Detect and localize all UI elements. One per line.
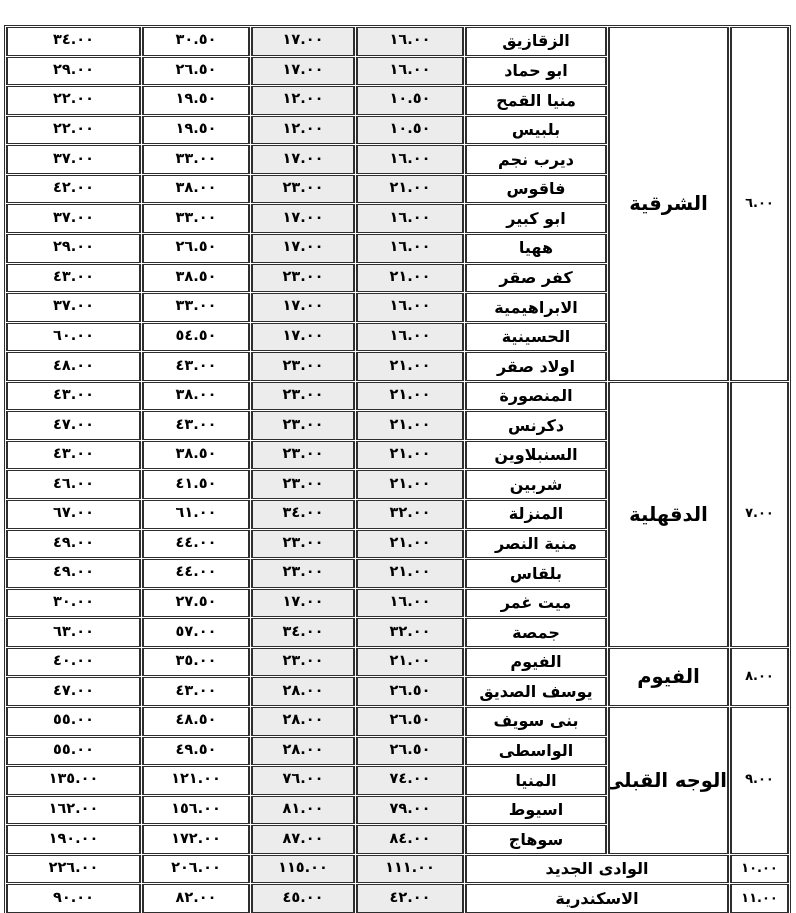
price-cell: ٤٣.٠٠	[6, 264, 141, 293]
price-cell: ٧٦.٠٠	[251, 766, 355, 795]
governorate-cell: الفيوم	[608, 648, 729, 706]
city-cell: اسيوط	[465, 796, 607, 825]
price-cell: ١٧.٠٠	[251, 323, 355, 352]
price-cell: ٥٧.٠٠	[142, 618, 250, 647]
price-cell: ٢١.٠٠	[356, 559, 464, 588]
price-cell: ٤٦.٠٠	[6, 470, 141, 499]
tier-cell: ٨.٠٠	[730, 648, 789, 706]
page: ٦.٠٠الشرقيةالزقازيق١٦.٠٠١٧.٠٠٣٠.٥٠٣٤.٠٠ا…	[0, 0, 796, 913]
city-cell: ههيا	[465, 234, 607, 263]
price-cell: ١٧.٠٠	[251, 145, 355, 174]
city-cell: اولاد صقر	[465, 352, 607, 381]
price-cell: ٢١.٠٠	[356, 382, 464, 411]
price-cell: ٢٩.٠٠	[6, 57, 141, 86]
price-cell: ١٦.٠٠	[356, 204, 464, 233]
price-cell: ١٩.٥٠	[142, 116, 250, 145]
price-cell: ٢٣.٠٠	[251, 441, 355, 470]
price-cell: ٣٧.٠٠	[6, 145, 141, 174]
price-cell: ٥٥.٠٠	[6, 707, 141, 736]
price-cell: ٤٨.٥٠	[142, 707, 250, 736]
price-cell: ٣٣.٠٠	[142, 204, 250, 233]
price-cell: ٣٣.٠٠	[142, 293, 250, 322]
price-cell: ١٦٢.٠٠	[6, 796, 141, 825]
price-cell: ٣٧.٠٠	[6, 204, 141, 233]
price-cell: ٤٠.٠٠	[6, 648, 141, 677]
price-cell: ٤٣.٠٠	[6, 441, 141, 470]
price-cell: ٣٠.٥٠	[142, 27, 250, 56]
price-cell: ٢٩.٠٠	[6, 234, 141, 263]
city-cell: المنصورة	[465, 382, 607, 411]
tier-cell: ١٠.٠٠	[730, 855, 789, 884]
price-cell: ١٠.٥٠	[356, 86, 464, 115]
price-cell: ٢٣.٠٠	[251, 648, 355, 677]
price-cell: ١٣٥.٠٠	[6, 766, 141, 795]
price-cell: ٤٥.٠٠	[251, 884, 355, 913]
city-cell: الحسينية	[465, 323, 607, 352]
price-cell: ٢٣.٠٠	[251, 382, 355, 411]
price-cell: ٢٢.٠٠	[6, 116, 141, 145]
tier-cell: ٦.٠٠	[730, 27, 789, 381]
price-cell: ١٢١.٠٠	[142, 766, 250, 795]
price-cell: ٩٠.٠٠	[6, 884, 141, 913]
price-cell: ٢٦.٥٠	[356, 677, 464, 706]
price-cell: ١٦.٠٠	[356, 323, 464, 352]
price-cell: ٢٢٦.٠٠	[6, 855, 141, 884]
price-cell: ٣٢.٠٠	[356, 618, 464, 647]
price-cell: ١٦.٠٠	[356, 234, 464, 263]
table-row: ١٠.٠٠الوادى الجديد١١١.٠٠١١٥.٠٠٢٠٦.٠٠٢٢٦.…	[6, 855, 789, 884]
city-cell: الواسطى	[465, 737, 607, 766]
governorate-cell: الدقهلية	[608, 382, 729, 647]
price-cell: ٤٤.٠٠	[142, 530, 250, 559]
price-cell: ٤٩.٥٠	[142, 737, 250, 766]
city-cell: سوهاج	[465, 825, 607, 854]
region-cell: الاسكندرية	[465, 884, 729, 913]
price-cell: ٢١.٠٠	[356, 264, 464, 293]
price-cell: ٣٢.٠٠	[356, 500, 464, 529]
price-cell: ٣٨.٠٠	[142, 175, 250, 204]
fare-table-body: ٦.٠٠الشرقيةالزقازيق١٦.٠٠١٧.٠٠٣٠.٥٠٣٤.٠٠ا…	[6, 27, 789, 913]
city-cell: جمصة	[465, 618, 607, 647]
price-cell: ١٢.٠٠	[251, 86, 355, 115]
price-cell: ٤٤.٠٠	[142, 559, 250, 588]
price-cell: ٢٢.٠٠	[6, 86, 141, 115]
table-row: ٧.٠٠الدقهليةالمنصورة٢١.٠٠٢٣.٠٠٣٨.٠٠٤٣.٠٠	[6, 382, 789, 411]
city-cell: الابراهيمية	[465, 293, 607, 322]
price-cell: ٢٣.٠٠	[251, 175, 355, 204]
city-cell: منيا القمح	[465, 86, 607, 115]
price-cell: ٢٣.٠٠	[251, 470, 355, 499]
tier-cell: ٧.٠٠	[730, 382, 789, 647]
city-cell: شربين	[465, 470, 607, 499]
city-cell: دكرنس	[465, 411, 607, 440]
tier-cell: ١١.٠٠	[730, 884, 789, 913]
city-cell: ابو كبير	[465, 204, 607, 233]
price-cell: ١٧.٠٠	[251, 589, 355, 618]
price-cell: ٤٣.٠٠	[142, 411, 250, 440]
price-cell: ٢٠٦.٠٠	[142, 855, 250, 884]
city-cell: بلقاس	[465, 559, 607, 588]
price-cell: ٢٨.٠٠	[251, 737, 355, 766]
price-cell: ١١١.٠٠	[356, 855, 464, 884]
price-cell: ١٩.٥٠	[142, 86, 250, 115]
price-cell: ٦١.٠٠	[142, 500, 250, 529]
price-cell: ١٥٦.٠٠	[142, 796, 250, 825]
city-cell: يوسف الصديق	[465, 677, 607, 706]
price-cell: ٨١.٠٠	[251, 796, 355, 825]
price-cell: ٧٩.٠٠	[356, 796, 464, 825]
tier-cell: ٩.٠٠	[730, 707, 789, 854]
price-cell: ١٦.٠٠	[356, 293, 464, 322]
city-cell: ابو حماد	[465, 57, 607, 86]
price-cell: ٤٢.٠٠	[356, 884, 464, 913]
city-cell: بلبيس	[465, 116, 607, 145]
city-cell: السنبلاوين	[465, 441, 607, 470]
city-cell: ميت غمر	[465, 589, 607, 618]
governorate-cell: الوجه القبلى	[608, 707, 729, 854]
price-cell: ١٧.٠٠	[251, 204, 355, 233]
price-cell: ١٢.٠٠	[251, 116, 355, 145]
price-cell: ٦٧.٠٠	[6, 500, 141, 529]
price-cell: ٣٠.٠٠	[6, 589, 141, 618]
price-cell: ٣٤.٠٠	[6, 27, 141, 56]
price-cell: ٣٨.٥٠	[142, 441, 250, 470]
price-cell: ٤٢.٠٠	[6, 175, 141, 204]
price-cell: ٢٣.٠٠	[251, 264, 355, 293]
region-cell: الوادى الجديد	[465, 855, 729, 884]
price-cell: ٧٤.٠٠	[356, 766, 464, 795]
price-cell: ٦٣.٠٠	[6, 618, 141, 647]
price-cell: ٢١.٠٠	[356, 175, 464, 204]
city-cell: كفر صقر	[465, 264, 607, 293]
price-cell: ١٦.٠٠	[356, 57, 464, 86]
price-cell: ١٧٢.٠٠	[142, 825, 250, 854]
city-cell: الفيوم	[465, 648, 607, 677]
price-cell: ٤٩.٠٠	[6, 530, 141, 559]
price-cell: ١٧.٠٠	[251, 293, 355, 322]
price-cell: ٤٨.٠٠	[6, 352, 141, 381]
price-cell: ٣٨.٥٠	[142, 264, 250, 293]
city-cell: فاقوس	[465, 175, 607, 204]
table-row: ١١.٠٠الاسكندرية٤٢.٠٠٤٥.٠٠٨٢.٠٠٩٠.٠٠	[6, 884, 789, 913]
price-cell: ٢١.٠٠	[356, 441, 464, 470]
city-cell: ديرب نجم	[465, 145, 607, 174]
price-cell: ٨٢.٠٠	[142, 884, 250, 913]
price-cell: ٢٨.٠٠	[251, 707, 355, 736]
table-row: ٨.٠٠الفيومالفيوم٢١.٠٠٢٣.٠٠٣٥.٠٠٤٠.٠٠	[6, 648, 789, 677]
price-cell: ٢٦.٥٠	[356, 707, 464, 736]
price-cell: ٣٥.٠٠	[142, 648, 250, 677]
price-cell: ٥٤.٥٠	[142, 323, 250, 352]
price-cell: ١٧.٠٠	[251, 234, 355, 263]
price-cell: ١٧.٠٠	[251, 57, 355, 86]
city-cell: المنزلة	[465, 500, 607, 529]
price-cell: ٣٨.٠٠	[142, 382, 250, 411]
table-row: ٩.٠٠الوجه القبلىبنى سويف٢٦.٥٠٢٨.٠٠٤٨.٥٠٥…	[6, 707, 789, 736]
city-cell: الزقازيق	[465, 27, 607, 56]
price-cell: ٤٣.٠٠	[142, 677, 250, 706]
price-cell: ١٩٠.٠٠	[6, 825, 141, 854]
governorate-cell: الشرقية	[608, 27, 729, 381]
price-cell: ٥٥.٠٠	[6, 737, 141, 766]
price-cell: ٢٦.٥٠	[142, 234, 250, 263]
price-cell: ٢٣.٠٠	[251, 559, 355, 588]
price-cell: ٢٦.٥٠	[356, 737, 464, 766]
price-cell: ٢٣.٠٠	[251, 530, 355, 559]
price-cell: ٢١.٠٠	[356, 352, 464, 381]
price-cell: ٤٣.٠٠	[6, 382, 141, 411]
city-cell: المنيا	[465, 766, 607, 795]
price-cell: ٢١.٠٠	[356, 530, 464, 559]
price-cell: ٢٣.٠٠	[251, 352, 355, 381]
price-cell: ٣٤.٠٠	[251, 618, 355, 647]
price-cell: ١٧.٠٠	[251, 27, 355, 56]
price-cell: ١٠.٥٠	[356, 116, 464, 145]
price-cell: ٨٧.٠٠	[251, 825, 355, 854]
price-cell: ٤٧.٠٠	[6, 411, 141, 440]
price-cell: ٢١.٠٠	[356, 411, 464, 440]
city-cell: منية النصر	[465, 530, 607, 559]
price-cell: ١٦.٠٠	[356, 27, 464, 56]
price-cell: ١٦.٠٠	[356, 145, 464, 174]
price-cell: ٣٧.٠٠	[6, 293, 141, 322]
price-cell: ٤٩.٠٠	[6, 559, 141, 588]
price-cell: ٤١.٥٠	[142, 470, 250, 499]
price-cell: ٨٤.٠٠	[356, 825, 464, 854]
fare-table: ٦.٠٠الشرقيةالزقازيق١٦.٠٠١٧.٠٠٣٠.٥٠٣٤.٠٠ا…	[4, 25, 791, 913]
price-cell: ٦٠.٠٠	[6, 323, 141, 352]
price-cell: ٢٨.٠٠	[251, 677, 355, 706]
price-cell: ٢٦.٥٠	[142, 57, 250, 86]
price-cell: ٢١.٠٠	[356, 470, 464, 499]
price-cell: ٤٣.٠٠	[142, 352, 250, 381]
table-row: ٦.٠٠الشرقيةالزقازيق١٦.٠٠١٧.٠٠٣٠.٥٠٣٤.٠٠	[6, 27, 789, 56]
price-cell: ٢٧.٥٠	[142, 589, 250, 618]
price-cell: ٤٧.٠٠	[6, 677, 141, 706]
price-cell: ٢١.٠٠	[356, 648, 464, 677]
price-cell: ٣٤.٠٠	[251, 500, 355, 529]
city-cell: بنى سويف	[465, 707, 607, 736]
price-cell: ١١٥.٠٠	[251, 855, 355, 884]
price-cell: ٣٣.٠٠	[142, 145, 250, 174]
price-cell: ١٦.٠٠	[356, 589, 464, 618]
price-cell: ٢٣.٠٠	[251, 411, 355, 440]
